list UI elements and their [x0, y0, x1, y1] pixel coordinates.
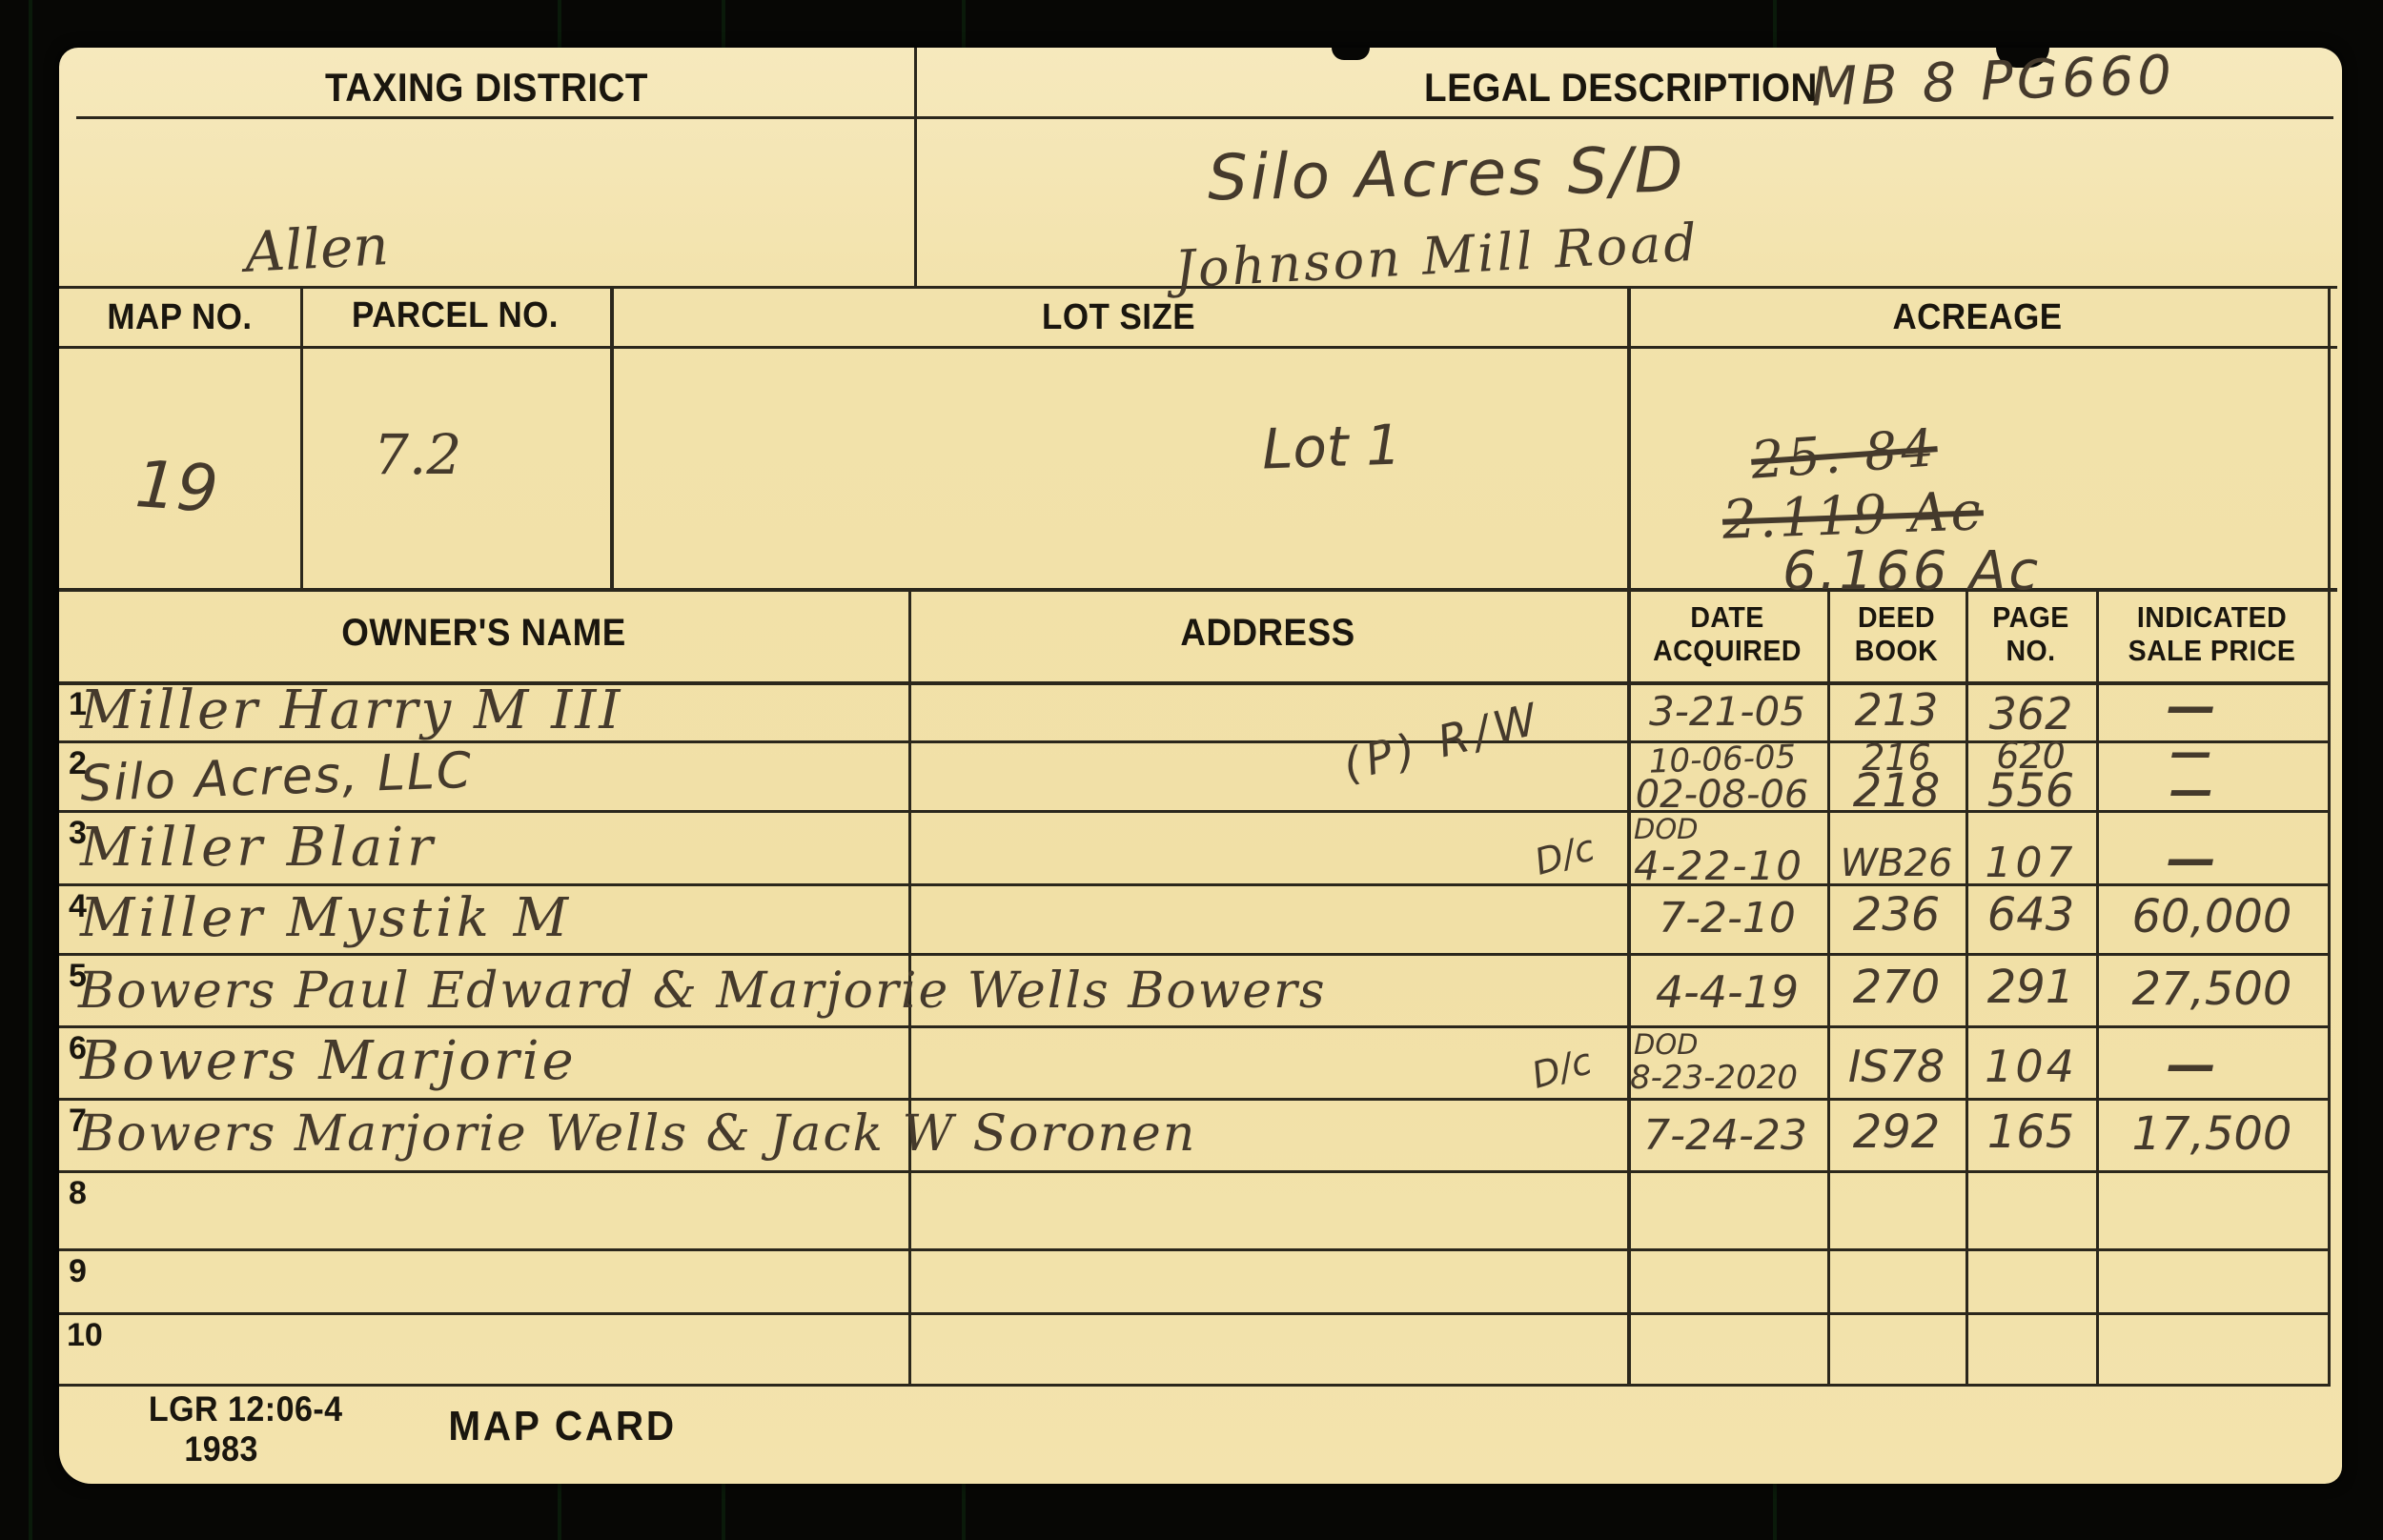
- date-acquired-value: 7-2-10: [1627, 898, 1827, 940]
- deed-book-value: 270: [1827, 964, 1965, 1010]
- date-acquired-value: 4-22-10: [1634, 846, 1803, 886]
- deed-book-value: WB26: [1827, 844, 1965, 882]
- parcel-no-label: PARCEL NO.: [313, 295, 598, 336]
- deceased-annotation: D/c: [1528, 1043, 1596, 1094]
- rule-under-parcel-headers: [59, 346, 2337, 349]
- form-code: LGR 12:06-4: [149, 1389, 343, 1429]
- scan-tear: [1332, 48, 1370, 60]
- form-year: 1983: [184, 1429, 258, 1469]
- divider-lotsize-acreage-and-address-date: [1627, 286, 1631, 1387]
- owner-name: Miller Blair: [80, 821, 437, 875]
- acreage-struck-old: 25. 84: [1749, 422, 1939, 487]
- divider-map-parcel: [300, 286, 303, 588]
- date-acquired-value: 3-21-05: [1627, 692, 1827, 732]
- rule-row-4: [59, 953, 2331, 956]
- address-header: ADDRESS: [937, 612, 1599, 655]
- row-number: 8: [69, 1175, 87, 1212]
- deed-book-value: IS78: [1827, 1044, 1965, 1088]
- sale-price-value: 60,000: [2096, 894, 2328, 940]
- divider-parcel-lotsize: [610, 286, 614, 588]
- owners-name-header: OWNER'S NAME: [93, 612, 875, 655]
- date-acquired-value: 8-23-2020: [1630, 1062, 1798, 1094]
- rule-row-10: [59, 1384, 2331, 1387]
- deed-book-value: 213: [1827, 688, 1965, 732]
- date-acquired-header: DATE ACQUIRED: [1635, 600, 1819, 668]
- scan-background: TAXING DISTRICT LEGAL DESCRIPTION MAP NO…: [0, 0, 2383, 1540]
- divider-district-legal: [914, 48, 917, 286]
- row-number: 9: [69, 1253, 87, 1290]
- sale-price-dash: —: [2096, 1041, 2287, 1090]
- page-no-value: 556: [1965, 768, 2096, 814]
- sale-price-value: 27,500: [2096, 966, 2328, 1012]
- deed-book-value: 218: [1827, 768, 1965, 814]
- owner-name: Miller Mystik M: [80, 892, 572, 945]
- acreage-current-value: 6.166 Ac: [1782, 545, 2041, 598]
- rule-row-7: [59, 1170, 2331, 1173]
- card-title: MAP CARD: [448, 1403, 676, 1450]
- lot-size-value: Lot 1: [1261, 416, 1402, 476]
- rule-under-top-headers: [76, 116, 2333, 119]
- rule-row-6: [59, 1098, 2331, 1101]
- date-of-death-prefix: DOD: [1634, 816, 1699, 843]
- date-acquired-value: 4-4-19: [1627, 970, 1827, 1014]
- map-no-value: 19: [133, 453, 220, 523]
- page-no-value: 107: [1965, 842, 2096, 884]
- taxing-district-label: TAXING DISTRICT: [93, 65, 880, 111]
- page-no-header: PAGE NO.: [1970, 600, 2090, 668]
- date-of-death-prefix: DOD: [1634, 1031, 1699, 1059]
- owner-name: Miller Harry M III: [80, 684, 622, 738]
- row-number: 10: [67, 1317, 103, 1354]
- page-no-value: 643: [1965, 892, 2096, 938]
- scan-streak: [29, 0, 32, 1540]
- page-no-value: 362: [1965, 692, 2096, 736]
- map-book-note: MB 8 PG660: [1810, 49, 2176, 114]
- deed-book-header: DEED BOOK: [1833, 600, 1960, 668]
- acreage-label: ACREAGE: [1655, 297, 2299, 338]
- rule-row-5: [59, 1025, 2331, 1028]
- taxing-district-value: Allen: [244, 217, 391, 280]
- deed-book-value: 292: [1827, 1109, 1965, 1155]
- deed-book-value: 236: [1827, 892, 1965, 938]
- page-no-value: 291: [1965, 964, 2096, 1010]
- parcel-no-value: 7.2: [374, 427, 461, 482]
- sale-price-value: 17,500: [2096, 1111, 2328, 1157]
- deceased-annotation: D/c: [1531, 829, 1599, 881]
- rule-row-8: [59, 1248, 2331, 1251]
- indicated-sale-price-header: INDICATED SALE PRICE: [2106, 600, 2319, 668]
- right-of-way-annotation: (P) R/W: [1339, 696, 1547, 787]
- sale-price-dash: —: [2096, 682, 2287, 732]
- rule-row-9: [59, 1312, 2331, 1315]
- date-acquired-value: 02-08-06: [1615, 776, 1829, 814]
- map-card: TAXING DISTRICT LEGAL DESCRIPTION MAP NO…: [59, 48, 2342, 1484]
- owner-name: Bowers Paul Edward & Marjorie Wells Bowe…: [78, 966, 1327, 1016]
- owner-name: Bowers Marjorie: [80, 1035, 577, 1088]
- sale-price-dash: —: [2096, 768, 2287, 812]
- acreage-struck-previous: 2.119 Ac: [1721, 485, 1985, 548]
- map-no-label: MAP NO.: [69, 297, 291, 338]
- legal-description-subdivision: Silo Acres S/D: [1207, 139, 1685, 211]
- page-no-value: 104: [1965, 1044, 2096, 1088]
- owner-name: Silo Acres, LLC: [79, 746, 474, 809]
- legal-description-road: Johnson Mill Road: [1173, 217, 1701, 296]
- border-right: [2328, 286, 2331, 1387]
- sale-price-dash: —: [2096, 835, 2287, 884]
- lot-size-label: LOT SIZE: [651, 297, 1587, 338]
- owner-name: Bowers Marjorie Wells & Jack W Soronen: [78, 1109, 1196, 1159]
- date-acquired-value: 7-24-23: [1620, 1115, 1830, 1157]
- page-no-value: 165: [1965, 1109, 2096, 1155]
